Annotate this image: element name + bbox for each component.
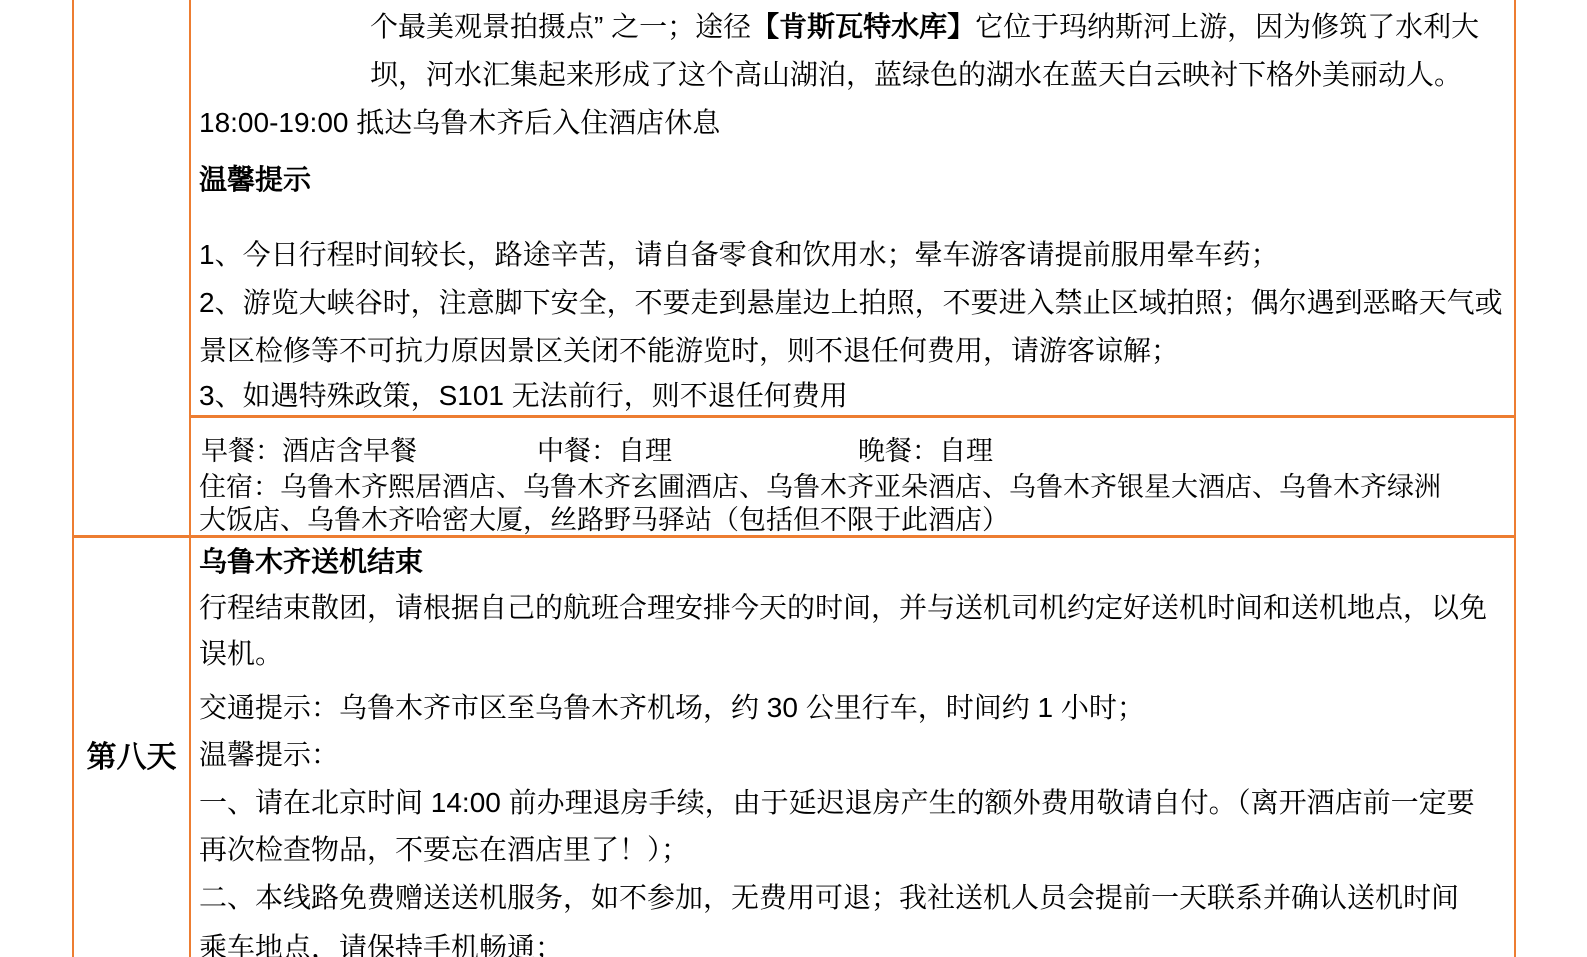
day8-body-line1: 行程结束散团，请根据自己的航班合理安排今天的时间，并与送机司机约定好送机时间和送… — [199, 591, 1487, 625]
scenic-text-pre: 个最美观景拍摄点” 之一；途径 — [370, 11, 751, 42]
table-border-right — [1514, 0, 1516, 957]
lunch-info: 中餐：自理 — [537, 434, 672, 468]
tip-item-3: 3、如遇特殊政策，S101 无法前行，则不退任何费用 — [199, 379, 848, 413]
scenic-description-line1: 个最美观景拍摄点” 之一；途径【肯斯瓦特水库】它位于玛纳斯河上游，因为修筑了水利… — [370, 10, 1479, 44]
scenic-text-post: 它位于玛纳斯河上游，因为修筑了水利大 — [975, 11, 1479, 42]
arrival-schedule-line: 18:00-19:00 抵达乌鲁木齐后入住酒店休息 — [199, 106, 720, 140]
day8-tips-heading: 温馨提示： — [199, 738, 339, 772]
dinner-info: 晚餐：自理 — [858, 434, 993, 468]
table-border-meals-row-top — [189, 415, 1516, 418]
day8-tip-1: 一、请在北京时间 14:00 前办理退房手续，由于延迟退房产生的额外费用敬请自付… — [199, 786, 1475, 820]
tip-item-2-wrap: 景区检修等不可抗力原因景区关闭不能游览时，则不退任何费用，请游客谅解； — [199, 334, 1179, 368]
tip-item-2: 2、游览大峡谷时，注意脚下安全，不要走到悬崖边上拍照，不要进入禁止区域拍照；偶尔… — [199, 286, 1503, 320]
breakfast-info: 早餐：酒店含早餐 — [201, 434, 417, 468]
day8-label: 第八天 — [72, 741, 191, 775]
table-border-day-column — [189, 0, 191, 957]
tips-heading: 温馨提示 — [199, 163, 311, 197]
lodging-info-line1: 住宿：乌鲁木齐熙居酒店、乌鲁木齐玄圃酒店、乌鲁木齐亚朵酒店、乌鲁木齐银星大酒店、… — [199, 470, 1441, 504]
day8-tip-2-wrap: 乘车地点，请保持手机畅通； — [199, 931, 563, 957]
day8-title: 乌鲁木齐送机结束 — [199, 545, 423, 579]
scenic-description-line2: 坝，河水汇集起来形成了这个高山湖泊，蓝绿色的湖水在蓝天白云映衬下格外美丽动人。 — [370, 58, 1462, 92]
day8-tip-2: 二、本线路免费赠送送机服务，如不参加，无费用可退；我社送机人员会提前一天联系并确… — [199, 881, 1459, 915]
day8-body-line2: 误机。 — [199, 637, 283, 671]
day8-tip-1-wrap: 再次检查物品，不要忘在酒店里了！）； — [199, 833, 689, 867]
itinerary-document-page: 个最美观景拍摄点” 之一；途径【肯斯瓦特水库】它位于玛纳斯河上游，因为修筑了水利… — [0, 0, 1587, 957]
tip-item-1: 1、今日行程时间较长，路途辛苦，请自备零食和饮用水；晕车游客请提前服用晕车药； — [199, 238, 1279, 272]
table-border-left — [72, 0, 74, 957]
lodging-info-line2: 大饭店、乌鲁木齐哈密大厦，丝路野马驿站（包括但不限于此酒店） — [199, 503, 1009, 537]
scenic-spot-name: 【肯斯瓦特水库】 — [751, 11, 975, 42]
day8-traffic-tip: 交通提示：乌鲁木齐市区至乌鲁木齐机场，约 30 公里行车，时间约 1 小时； — [199, 691, 1145, 725]
